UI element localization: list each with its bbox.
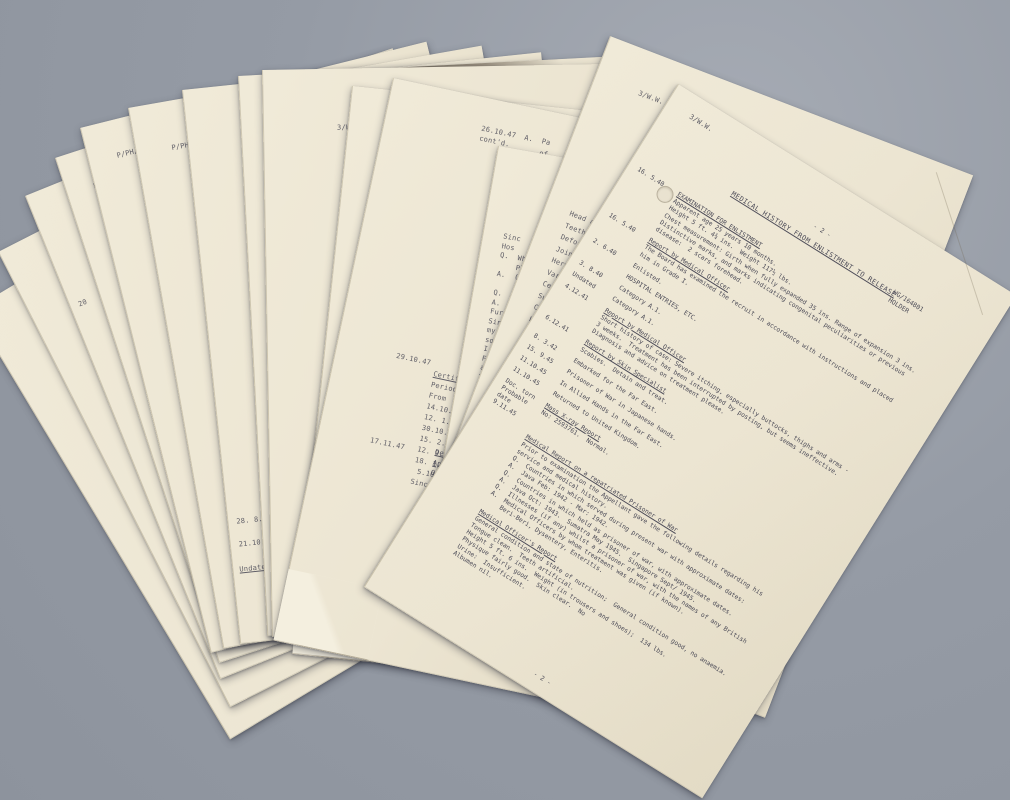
typewritten-fragment: From: [428, 392, 447, 403]
page-header-ref: 3/W.W.: [688, 114, 714, 134]
photo-stage: 20P/PH/P/PH/AP/PH/A1. Mr. Holfrom May, 1…: [0, 0, 1010, 800]
typewritten-fragment: A. Pa: [524, 135, 551, 147]
typewritten-fragment: 3/W.W.: [637, 90, 664, 106]
typewritten-fragment: 17.11.47: [369, 437, 405, 451]
typewritten-fragment: 20: [78, 299, 89, 309]
typewritten-fragment: 29.10.47: [395, 353, 431, 367]
